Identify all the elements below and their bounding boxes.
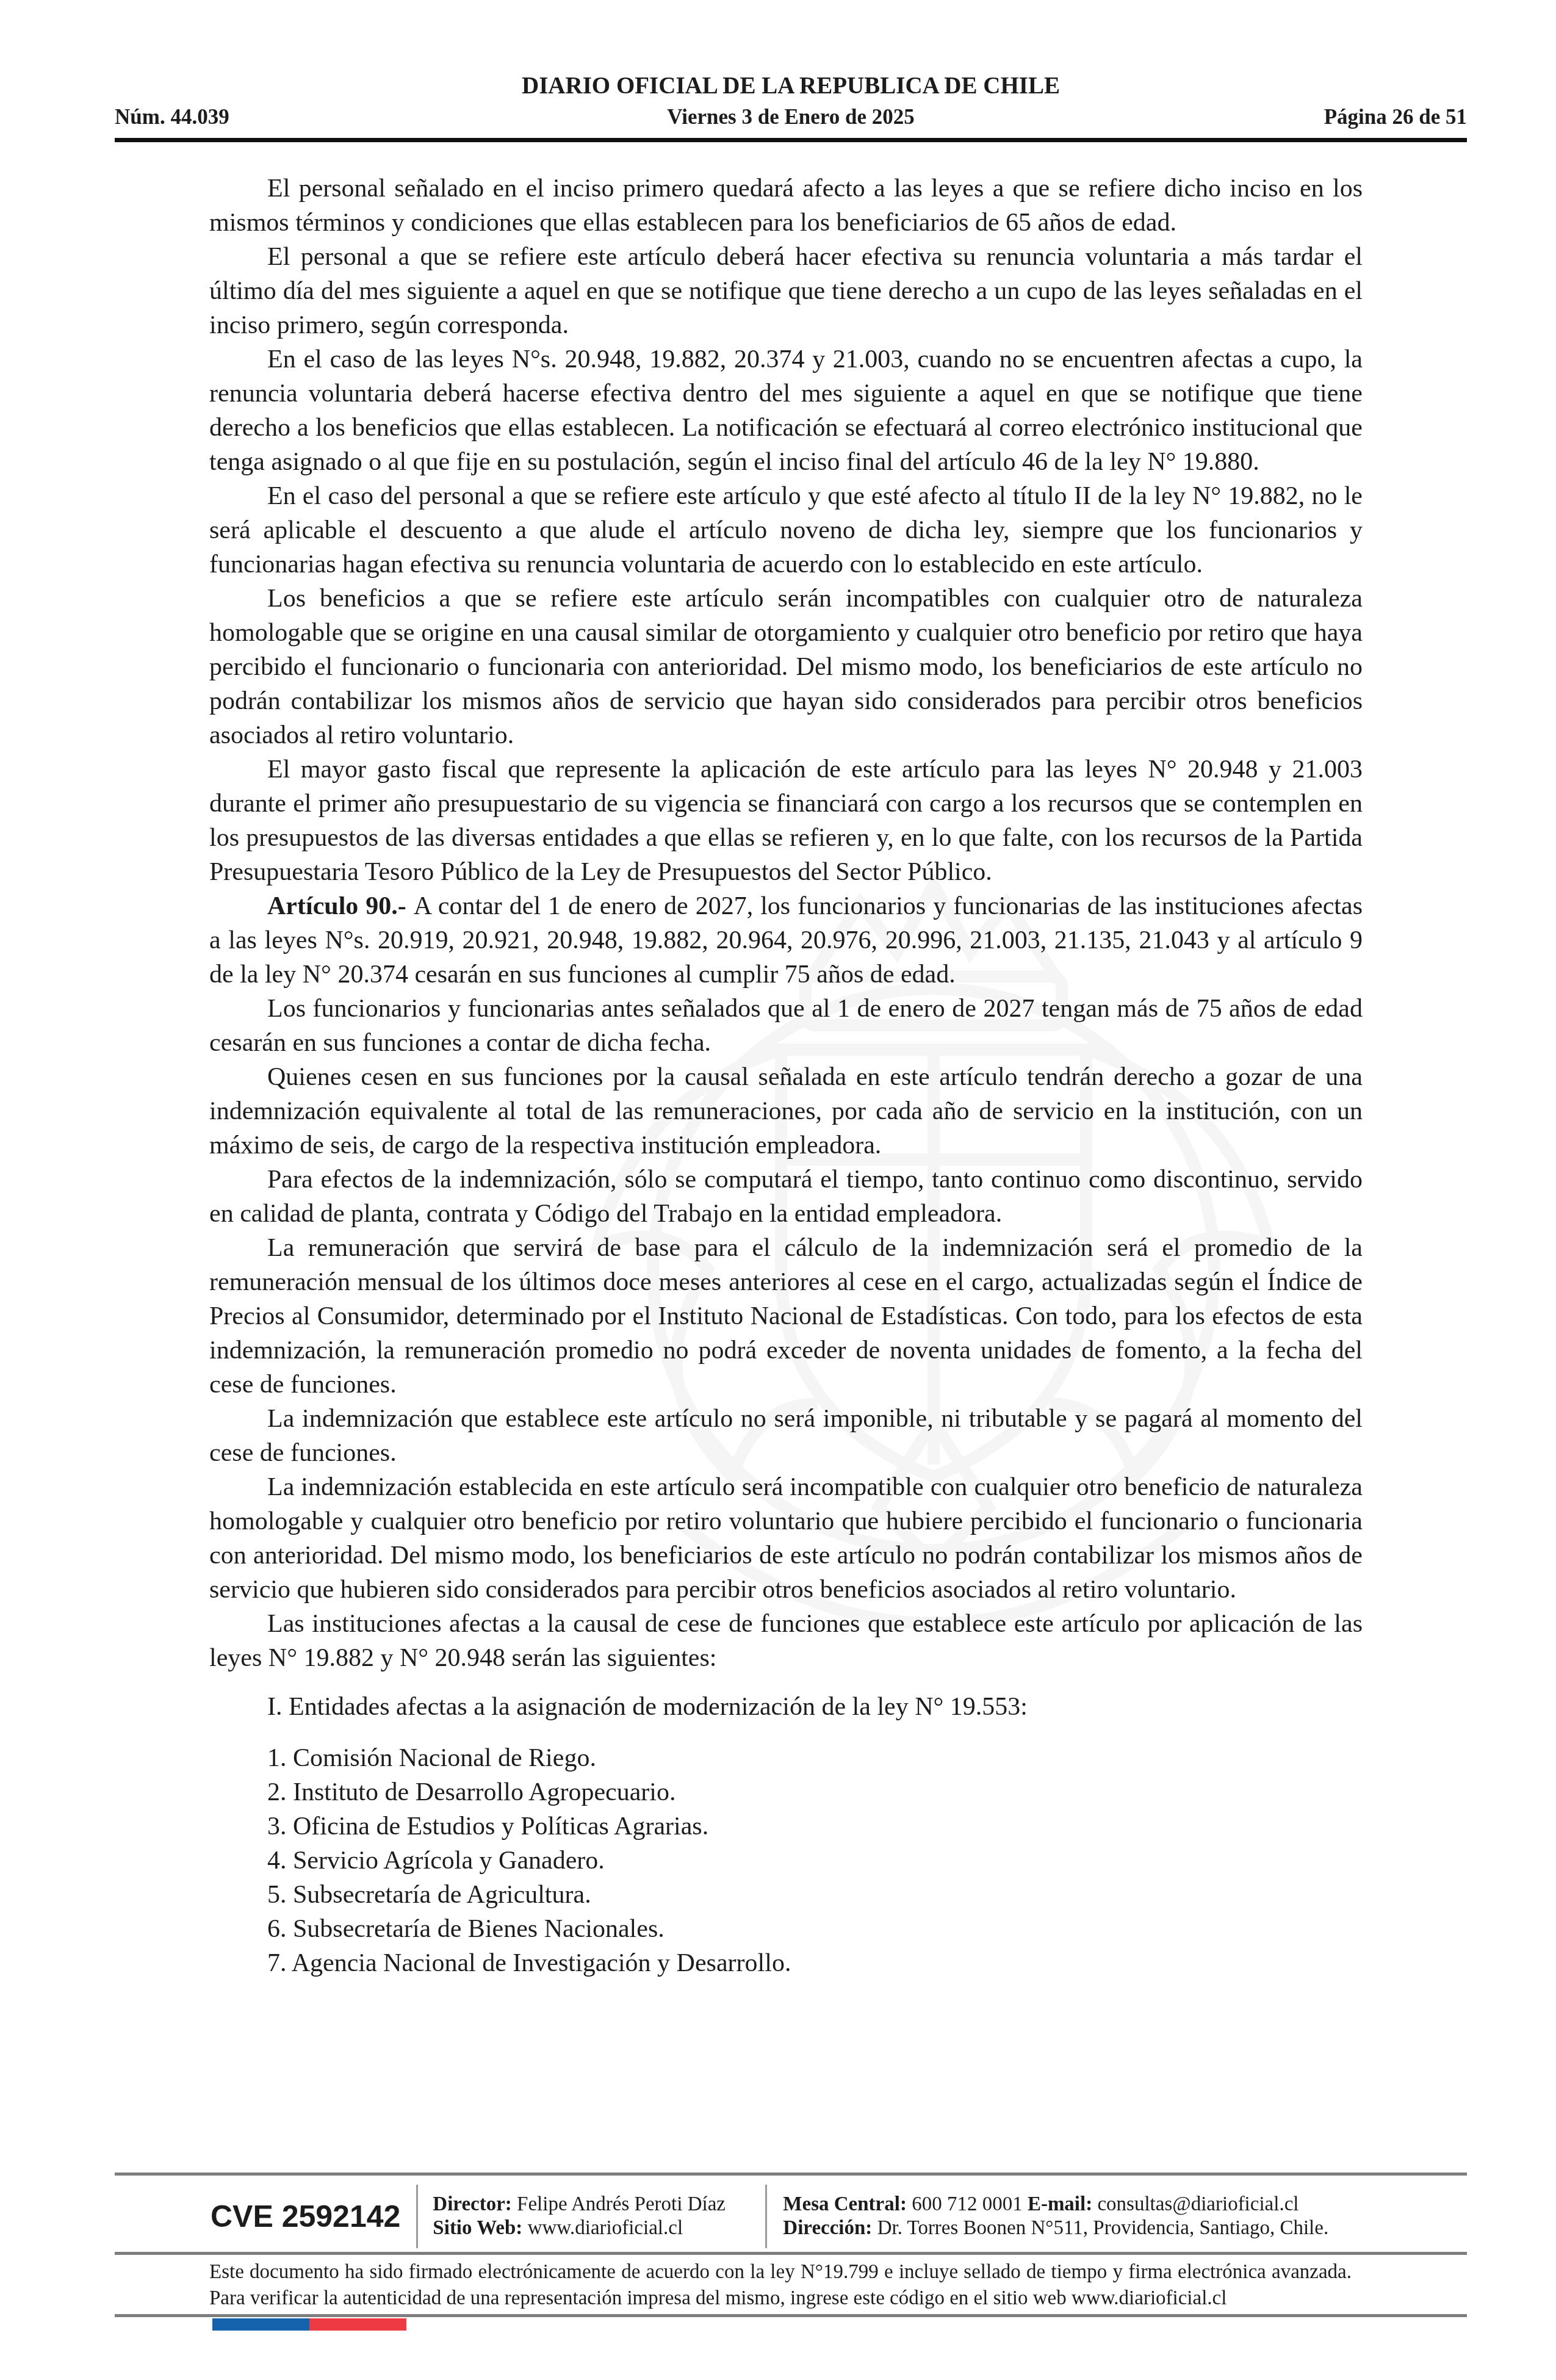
header-meta-row: Núm. 44.039 Viernes 3 de Enero de 2025 P… — [115, 105, 1467, 132]
paragraph-group-2: Los funcionarios y funcionarias antes se… — [209, 992, 1363, 1675]
body-paragraph: El personal a que se refiere este artícu… — [209, 240, 1363, 342]
body-paragraph: La remuneración que servirá de base para… — [209, 1231, 1363, 1402]
legal-notice: Este documento ha sido firmado electróni… — [209, 2259, 1352, 2312]
director-name: Felipe Andrés Peroti Díaz — [517, 2193, 726, 2215]
entity-list-item: 1. Comisión Nacional de Riego. — [209, 1741, 1363, 1775]
footer-rule-bottom — [115, 2314, 1467, 2317]
address-label: Dirección: — [783, 2217, 872, 2239]
email-address: consultas@diarioficial.cl — [1097, 2193, 1298, 2215]
body-paragraph: En el caso del personal a que se refiere… — [209, 479, 1363, 582]
phone-number: 600 712 0001 — [912, 2193, 1023, 2215]
email-label: E-mail: — [1028, 2193, 1092, 2215]
flag-blue-field — [212, 2318, 309, 2331]
footer-divider — [416, 2185, 418, 2248]
footer-info-bar: CVE 2592142 Director: Felipe Andrés Pero… — [211, 2185, 1355, 2248]
article-90-label: Artículo 90.- — [267, 892, 406, 920]
body-paragraph: En el caso de las leyes N°s. 20.948, 19.… — [209, 342, 1363, 479]
entity-list-item: 2. Instituto de Desarrollo Agropecuario. — [209, 1775, 1363, 1809]
page-header: DIARIO OFICIAL DE LA REPUBLICA DE CHILE … — [115, 0, 1467, 146]
address-value: Dr. Torres Boonen N°511, Providencia, Sa… — [877, 2217, 1329, 2239]
entity-list: 1. Comisión Nacional de Riego.2. Institu… — [209, 1741, 1363, 1980]
website-label: Sitio Web: — [433, 2217, 522, 2239]
phone-email-line: Mesa Central: 600 712 0001 E-mail: consu… — [783, 2193, 1298, 2215]
issue-date: Viernes 3 de Enero de 2025 — [115, 105, 1467, 129]
header-rule — [115, 138, 1467, 142]
footer-rule-middle — [115, 2252, 1467, 2255]
article-90-paragraph: Artículo 90.-A contar del 1 de enero de … — [209, 889, 1363, 992]
body-paragraph: Los beneficios a que se refiere este art… — [209, 582, 1363, 752]
body-paragraph: El mayor gasto fiscal que represente la … — [209, 752, 1363, 889]
cve-code: CVE 2592142 — [211, 2199, 400, 2234]
body-paragraph: Los funcionarios y funcionarias antes se… — [209, 992, 1363, 1060]
footer-director-column: Director: Felipe Andrés Peroti Díaz Siti… — [433, 2193, 747, 2240]
body-paragraph: El personal señalado en el inciso primer… — [209, 171, 1363, 240]
footer-rule-top — [115, 2173, 1467, 2176]
address-line: Dirección: Dr. Torres Boonen N°511, Prov… — [783, 2217, 1328, 2239]
body-paragraph: Las instituciones afectas a la causal de… — [209, 1607, 1363, 1675]
body-paragraph: Para efectos de la indemnización, sólo s… — [209, 1163, 1363, 1231]
entity-list-item: 4. Servicio Agrícola y Ganadero. — [209, 1844, 1363, 1878]
website-line: Sitio Web: www.diarioficial.cl — [433, 2217, 683, 2239]
body-paragraph: Quienes cesen en sus funciones por la ca… — [209, 1060, 1363, 1163]
publication-title: DIARIO OFICIAL DE LA REPUBLICA DE CHILE — [115, 72, 1467, 99]
director-line: Director: Felipe Andrés Peroti Díaz — [433, 2193, 726, 2215]
document-page: DIARIO OFICIAL DE LA REPUBLICA DE CHILE … — [0, 0, 1556, 2380]
page-indicator: Página 26 de 51 — [1324, 105, 1467, 129]
website-url: www.diarioficial.cl — [528, 2217, 683, 2239]
entity-list-item: 5. Subsecretaría de Agricultura. — [209, 1878, 1363, 1912]
flag-red-field — [309, 2318, 406, 2331]
document-body: El personal señalado en el inciso primer… — [209, 171, 1363, 1980]
paragraph-group-1: El personal señalado en el inciso primer… — [209, 171, 1363, 889]
body-paragraph: La indemnización que establece este artí… — [209, 1402, 1363, 1470]
director-label: Director: — [433, 2193, 511, 2215]
body-paragraph: La indemnización establecida en este art… — [209, 1470, 1363, 1607]
phone-label: Mesa Central: — [783, 2193, 907, 2215]
entity-list-item: 7. Agencia Nacional de Investigación y D… — [209, 1946, 1363, 1980]
entity-list-item: 3. Oficina de Estudios y Políticas Agrar… — [209, 1809, 1363, 1844]
chile-flag-icon — [212, 2318, 406, 2331]
footer-divider — [765, 2185, 767, 2248]
entity-list-item: 6. Subsecretaría de Bienes Nacionales. — [209, 1912, 1363, 1946]
footer-contact-column: Mesa Central: 600 712 0001 E-mail: consu… — [783, 2193, 1355, 2240]
roman-section-heading: I. Entidades afectas a la asignación de … — [209, 1690, 1363, 1724]
